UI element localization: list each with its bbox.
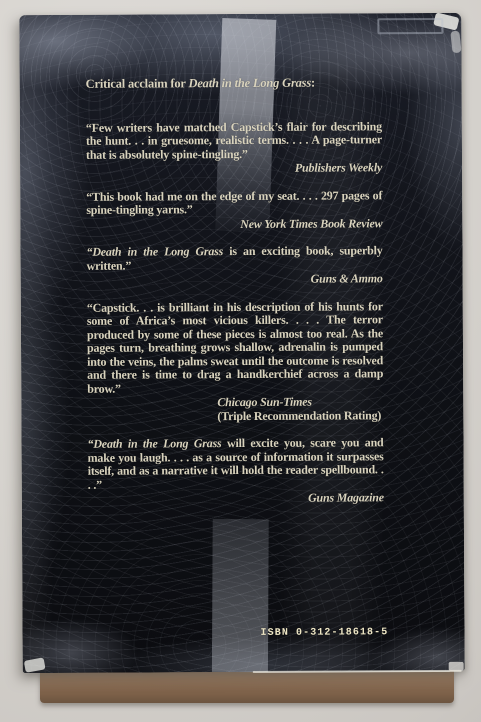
review-quote-chicago-sun-times: “Capstick. . . is brilliant in his descr… <box>87 300 384 424</box>
quote-text: “Death in the Long Grass is an exciting … <box>86 244 382 273</box>
corner-scuff-top-right <box>433 12 459 30</box>
heading-suffix: : <box>311 76 315 90</box>
attribution-note: (Triple Recommendation Rating) <box>87 409 383 424</box>
review-attribution: Guns & Ammo <box>87 272 383 287</box>
edge-scuff-right <box>450 30 461 53</box>
sticker-ghost-mark <box>377 18 443 34</box>
quote-text: “Capstick. . . is brilliant in his descr… <box>87 300 383 396</box>
book-cover-photo: Critical acclaim for Death in the Long G… <box>0 0 481 722</box>
review-attribution: New York Times Book Review <box>86 217 382 232</box>
cover-text-block: Critical acclaim for Death in the Long G… <box>86 76 384 520</box>
corner-scuff-bottom-left <box>24 657 46 672</box>
book-back-cover: Critical acclaim for Death in the Long G… <box>19 13 464 673</box>
attribution-name: Chicago Sun-Times <box>217 395 312 409</box>
attribution-name: Guns & Ammo <box>311 271 383 285</box>
acclaim-heading: Critical acclaim for Death in the Long G… <box>86 76 382 91</box>
book-title-run: “Death in the Long Grass <box>86 244 223 259</box>
review-quote-publishers-weekly: “Few writers have matched Capstick’s fla… <box>86 120 382 177</box>
quote-text-run: “This book had me on the edge of my seat… <box>86 188 382 217</box>
isbn-label: ISBN 0-312-18618-5 <box>260 627 388 639</box>
attribution-name: Publishers Weekly <box>295 160 382 174</box>
book-title-run: “Death in the Long Grass <box>87 436 221 451</box>
review-attribution: Publishers Weekly <box>86 161 382 176</box>
heading-prefix: Critical acclaim for <box>86 76 189 91</box>
quote-text: “Death in the Long Grass will excite you… <box>87 436 383 492</box>
review-quote-guns-and-ammo: “Death in the Long Grass is an exciting … <box>86 244 382 287</box>
quote-text-run: “Few writers have matched Capstick’s fla… <box>86 119 382 162</box>
attribution-name: New York Times Book Review <box>240 216 382 231</box>
attribution-name: Guns Magazine <box>308 490 384 504</box>
tape-strip-bottom <box>212 519 269 672</box>
quote-text: “This book had me on the edge of my seat… <box>86 189 382 218</box>
quote-text-run: “Capstick. . . is brilliant in his descr… <box>87 299 383 396</box>
review-attribution: Guns Magazine <box>88 491 384 506</box>
review-quote-ny-times: “This book had me on the edge of my seat… <box>86 189 382 232</box>
book-title: Death in the Long Grass <box>188 76 311 91</box>
page-edges <box>40 670 454 703</box>
quote-text: “Few writers have matched Capstick’s fla… <box>86 120 382 162</box>
review-quote-guns-magazine: “Death in the Long Grass will excite you… <box>87 436 383 506</box>
